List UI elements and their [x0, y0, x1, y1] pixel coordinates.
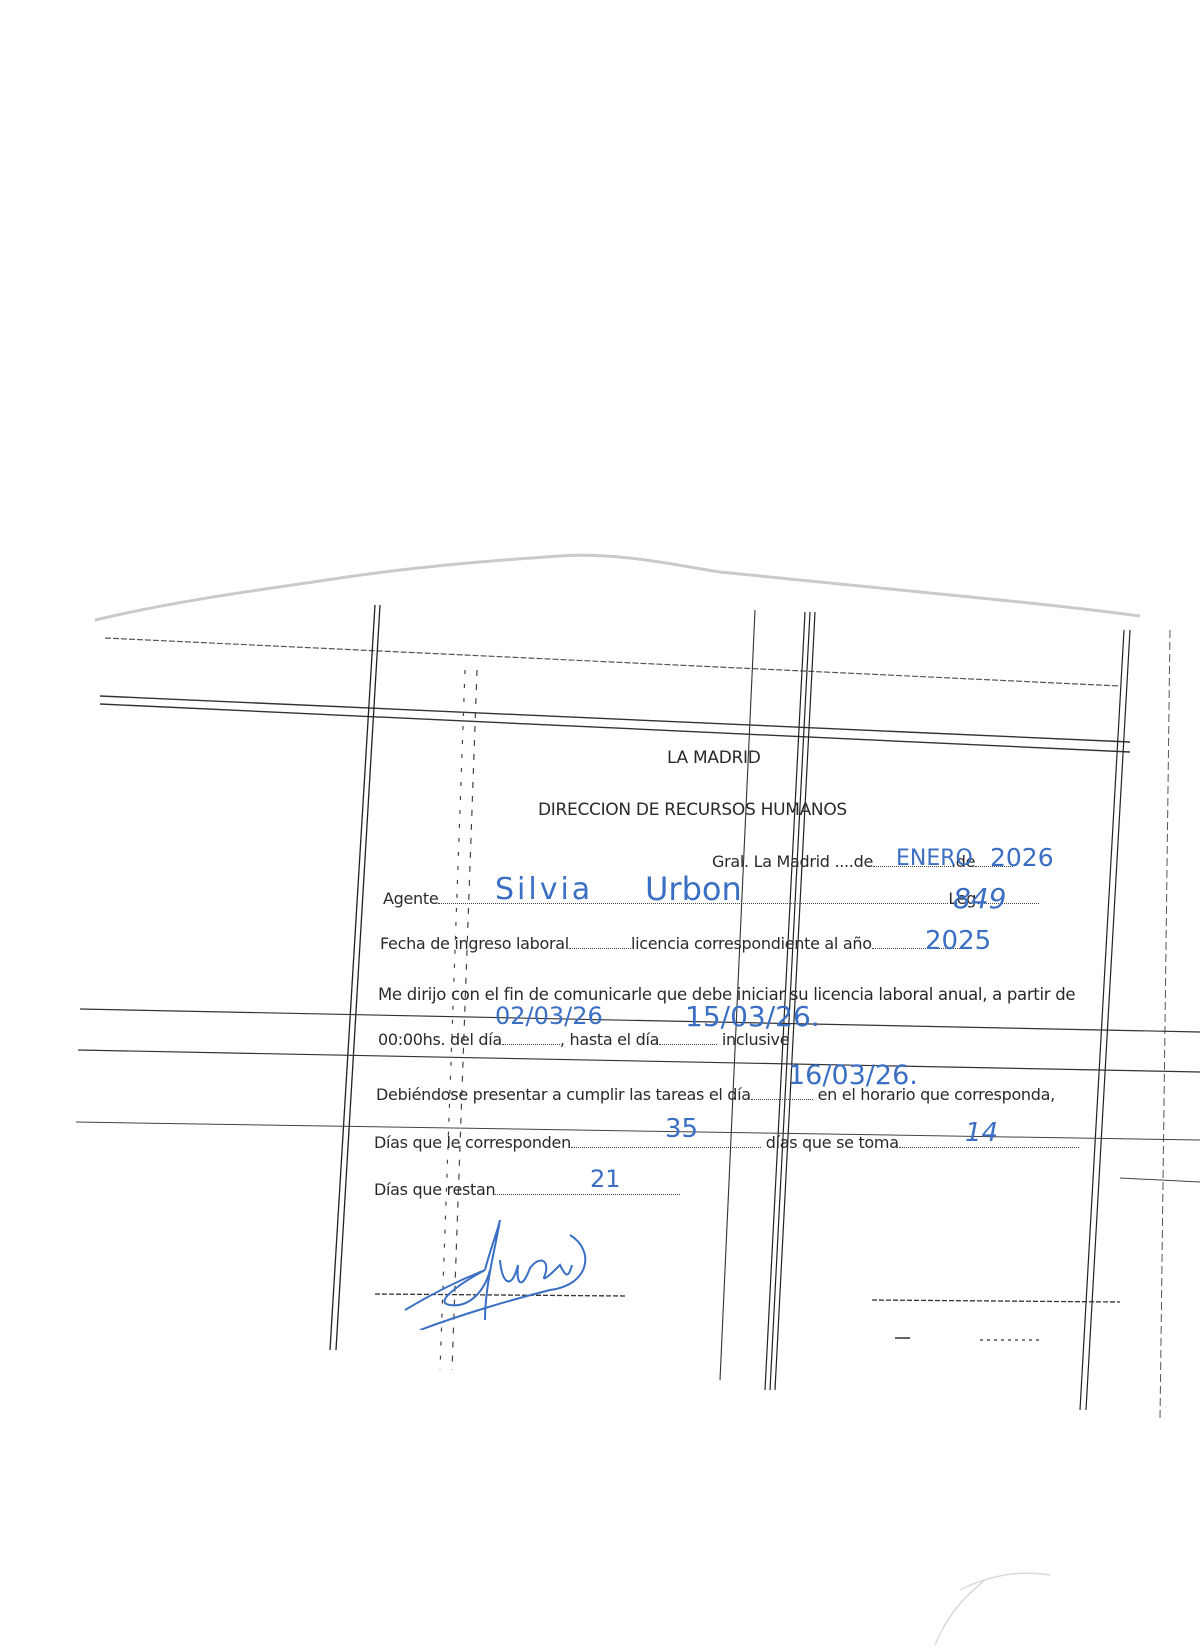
legajo-number[interactable]: 849: [953, 882, 1006, 915]
days-remaining-line: Días que restan: [374, 1180, 680, 1199]
municipality-heading: LA MADRID: [667, 748, 761, 768]
licence-end-date[interactable]: 15/03/26.: [685, 1000, 820, 1033]
date-sep-1: ....de: [834, 852, 873, 871]
agent-label: Agente: [383, 889, 438, 908]
date-year[interactable]: 2026: [990, 843, 1054, 872]
department-heading: DIRECCION DE RECURSOS HUMANOS: [538, 800, 847, 820]
period-prefix: 00:00hs. del día: [378, 1030, 502, 1049]
days-taken-value[interactable]: 14: [965, 1118, 998, 1148]
days-remaining-label: Días que restan: [374, 1180, 495, 1199]
ingreso-line: Fecha de ingreso laborallicencia corresp…: [380, 934, 960, 953]
agent-last-name[interactable]: Urbon: [645, 870, 742, 908]
licence-year-label: licencia correspondiente al año: [631, 934, 872, 953]
licence-year[interactable]: 2025: [925, 926, 991, 956]
signature-icon: [390, 1210, 620, 1330]
days-entitled-label: Días que le corresponden: [374, 1133, 571, 1152]
place-label: Gral. La Madrid: [712, 852, 830, 871]
ingreso-label: Fecha de ingreso laboral: [380, 934, 569, 953]
scanned-page: LA MADRID DIRECCION DE RECURSOS HUMANOS …: [0, 0, 1200, 1651]
period-middle: , hasta el día: [560, 1030, 659, 1049]
days-remaining-value[interactable]: 21: [590, 1165, 621, 1193]
return-line: Debiéndose presentar a cumplir las tarea…: [376, 1085, 1055, 1104]
return-prefix: Debiéndose presentar a cumplir las tarea…: [376, 1085, 751, 1104]
agent-first-name[interactable]: Silvia: [495, 872, 593, 907]
form-ruling-lines: [0, 0, 1200, 1651]
period-line: 00:00hs. del día, hasta el día inclusive: [378, 1030, 789, 1049]
period-suffix: inclusive: [722, 1030, 789, 1049]
days-taken-label: días que se toma: [766, 1133, 899, 1152]
return-suffix: en el horario que corresponda,: [818, 1085, 1055, 1104]
days-entitled-value[interactable]: 35: [665, 1114, 698, 1144]
date-month[interactable]: ENERO: [896, 846, 973, 871]
licence-start-date[interactable]: 02/03/26: [495, 1002, 603, 1030]
